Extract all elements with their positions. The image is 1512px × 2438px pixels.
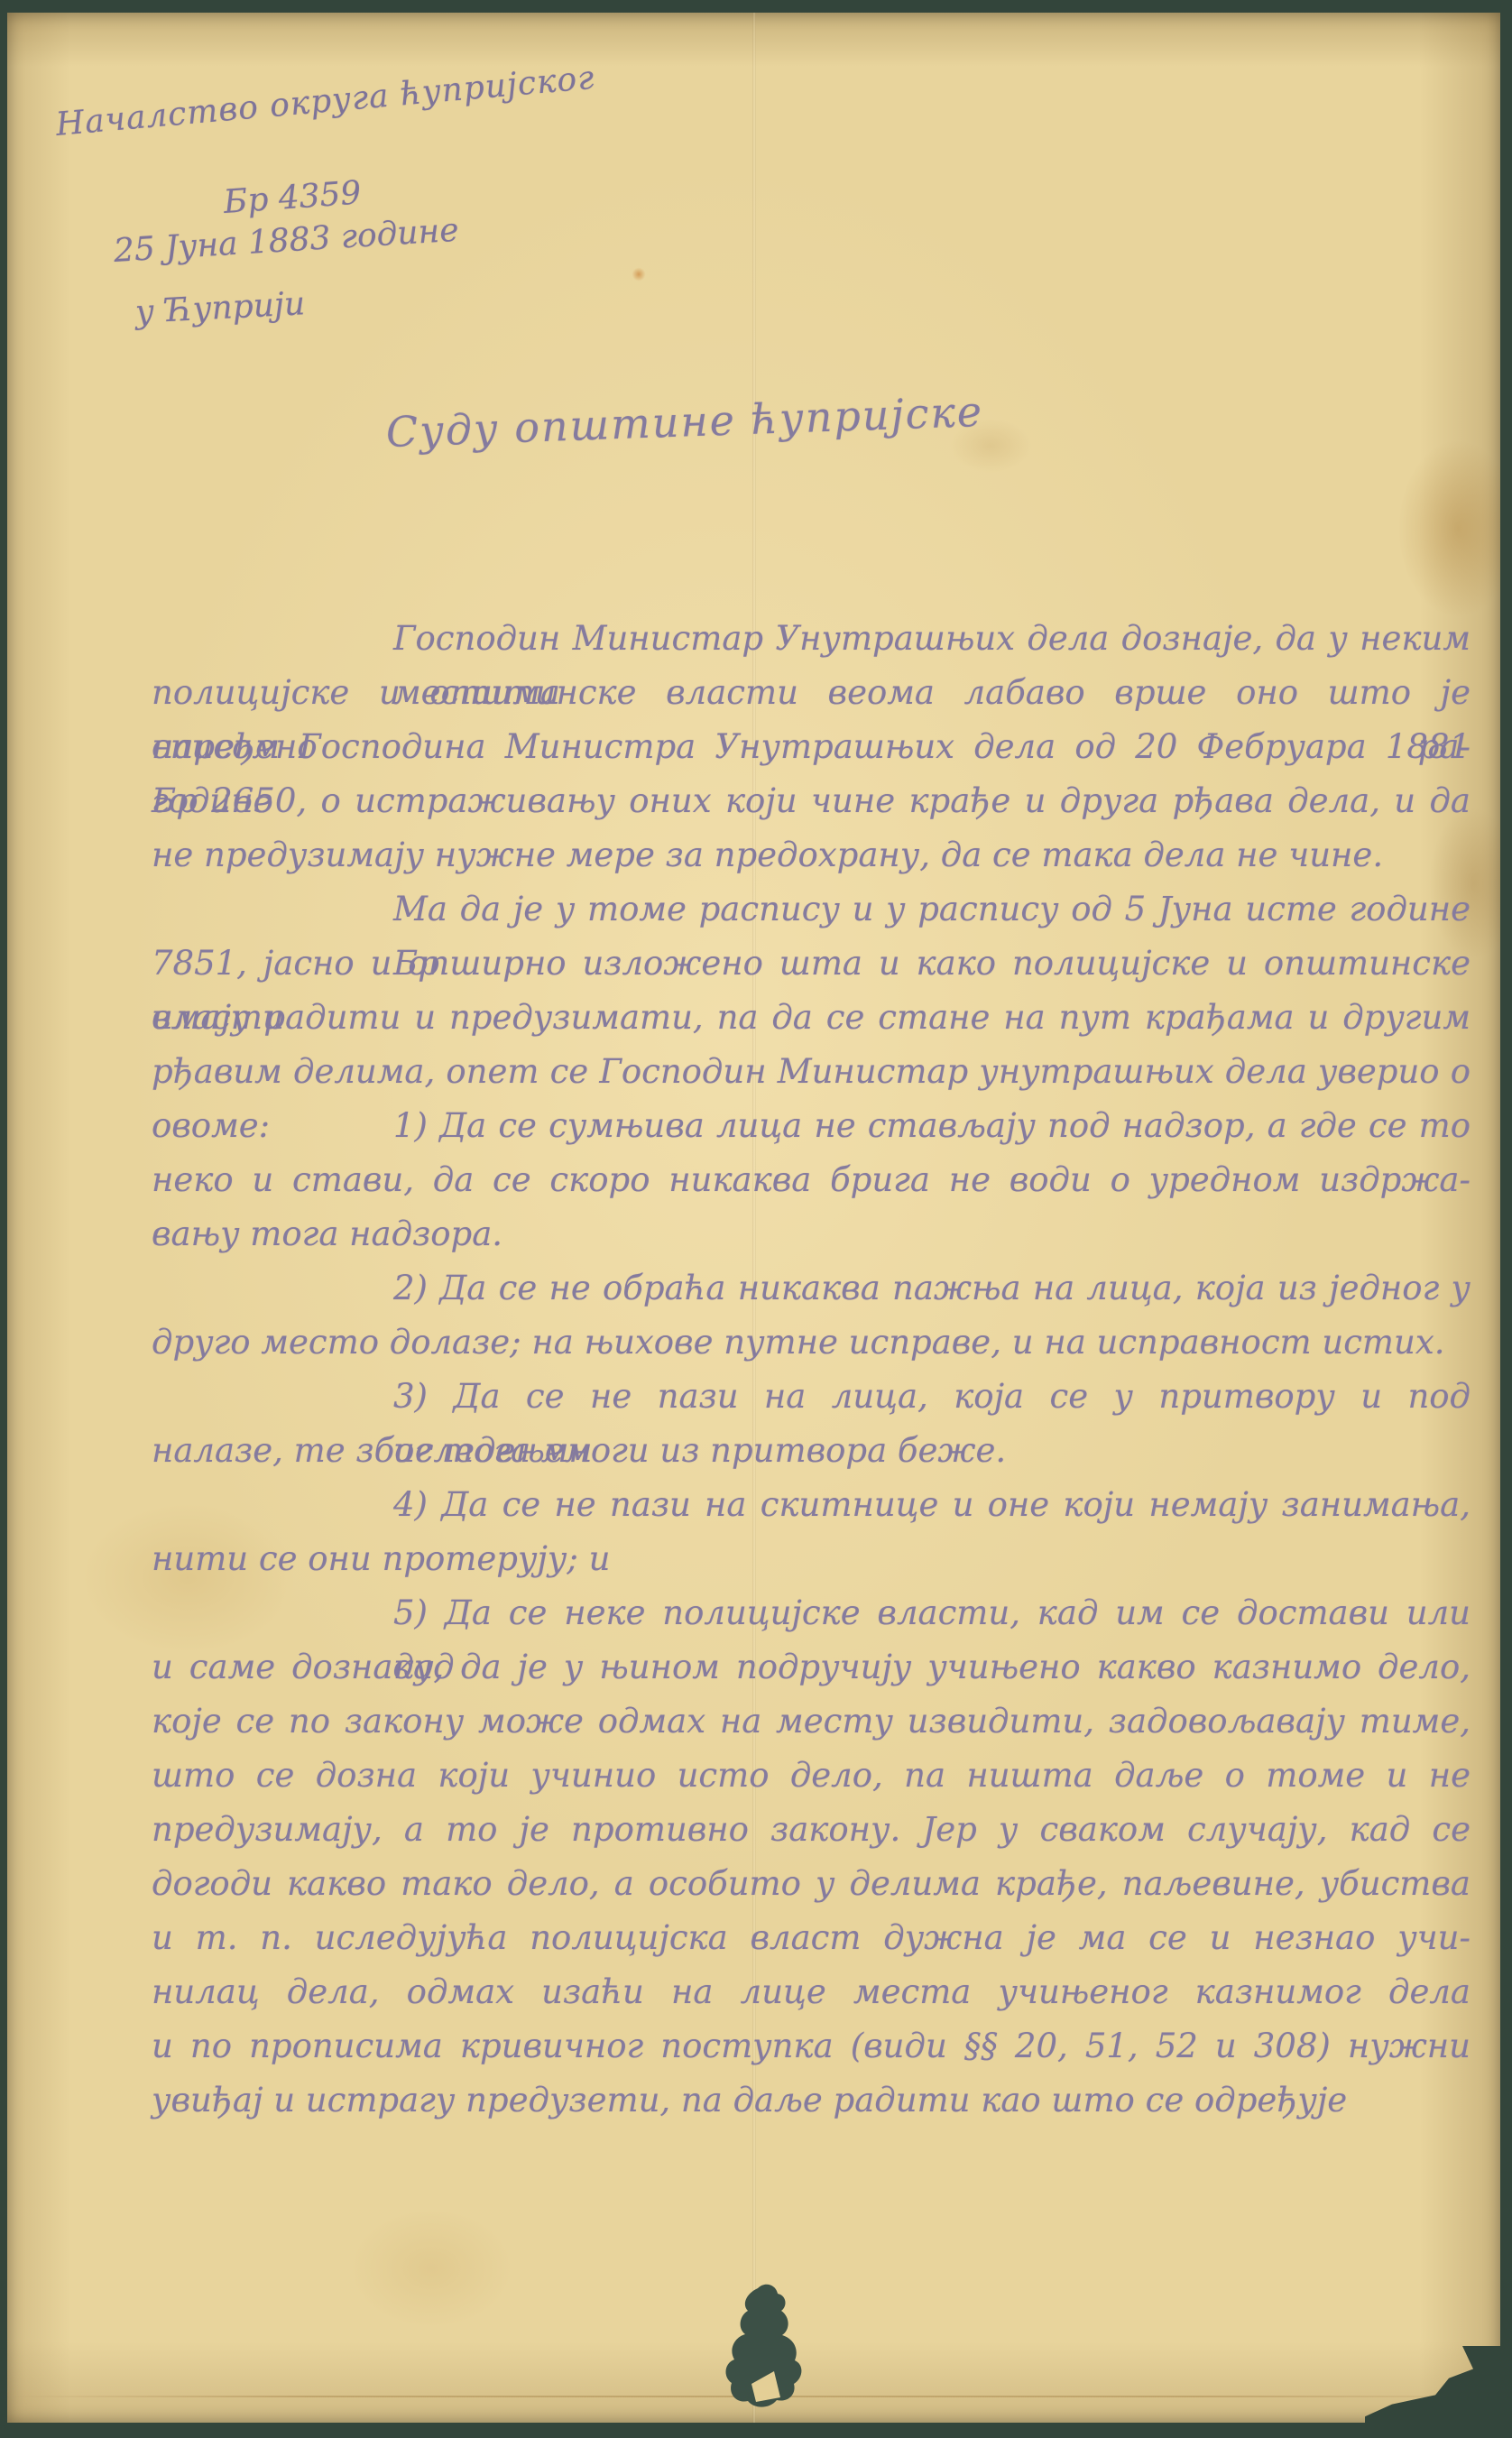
handwritten-line: 4) Да се не пази на скитнице и оне који …: [152, 1478, 1471, 1532]
handwritten-line: предузимају, а то је противно закону. Је…: [152, 1803, 1471, 1857]
handwritten-line: вању тога надзора.: [152, 1207, 1471, 1261]
handwritten-line: 3) Да се не пази на лица, која се у прит…: [152, 1370, 1471, 1424]
handwritten-line: Господин Министар Унутрашњих дела дознај…: [152, 612, 1471, 666]
handwritten-line: нити се они протерују; и: [152, 1532, 1471, 1586]
handwritten-line: нилац дела, одмах изаћи на лице места уч…: [152, 1965, 1471, 2019]
handwritten-line: и саме дознаду, да је у њином подручију …: [152, 1640, 1471, 1695]
photo-backdrop: Началство округа ћупријског Бр 4359 25 Ј…: [0, 0, 1512, 2438]
handwritten-line: 5) Да се неке полицијске власти, кад им …: [152, 1586, 1471, 1640]
handwritten-line: списом Господина Министра Унутрашњих дел…: [152, 720, 1471, 774]
handwritten-line: друго место долазе; на њихове путне испр…: [152, 1316, 1471, 1370]
handwritten-line: 7851, јасно и опширно изложено шта и как…: [152, 937, 1471, 991]
ink-blot: [720, 2279, 810, 2413]
handwritten-line: имају радити и предузимати, па да се ста…: [152, 991, 1471, 1045]
letter-body: Господин Министар Унутрашњих дела дознај…: [152, 612, 1471, 2128]
handwritten-line: догоди какво тако дело, а особито у дели…: [152, 1857, 1471, 1911]
handwritten-line: Бр 2650, о истраживању оних који чине кр…: [152, 774, 1471, 828]
handwritten-line: 1) Да се сумњива лица не стављају под на…: [152, 1099, 1471, 1153]
handwritten-line: Ма да је у томе распису и у распису од 5…: [152, 882, 1471, 937]
handwritten-line: неко и стави, да се скоро никаква брига …: [152, 1153, 1471, 1207]
handwritten-line: које се по закону може одмах на месту из…: [152, 1695, 1471, 1749]
handwritten-line: и т. п. иследујућа полицијска власт дужн…: [152, 1911, 1471, 1965]
handwritten-line: што се дозна који учинио исто дело, па н…: [152, 1749, 1471, 1803]
handwritten-line: полицијске и општинске власти веома лаба…: [152, 666, 1471, 720]
handwritten-line: увиђај и истрагу предузети, па даље ради…: [152, 2073, 1471, 2128]
torn-corner-bottom-right: [1365, 2346, 1500, 2423]
handwritten-line: рђавим делима, опет се Господин Министар…: [152, 1045, 1471, 1099]
handwritten-line: не предузимају нужне мере за предохрану,…: [152, 828, 1471, 882]
handwritten-line: налазе, те због тога многи из притвора б…: [152, 1424, 1471, 1478]
handwritten-line: и по прописима кривичног поступка (види …: [152, 2019, 1471, 2073]
handwritten-line: 2) Да се не обраћа никаква пажња на лица…: [152, 1261, 1471, 1316]
